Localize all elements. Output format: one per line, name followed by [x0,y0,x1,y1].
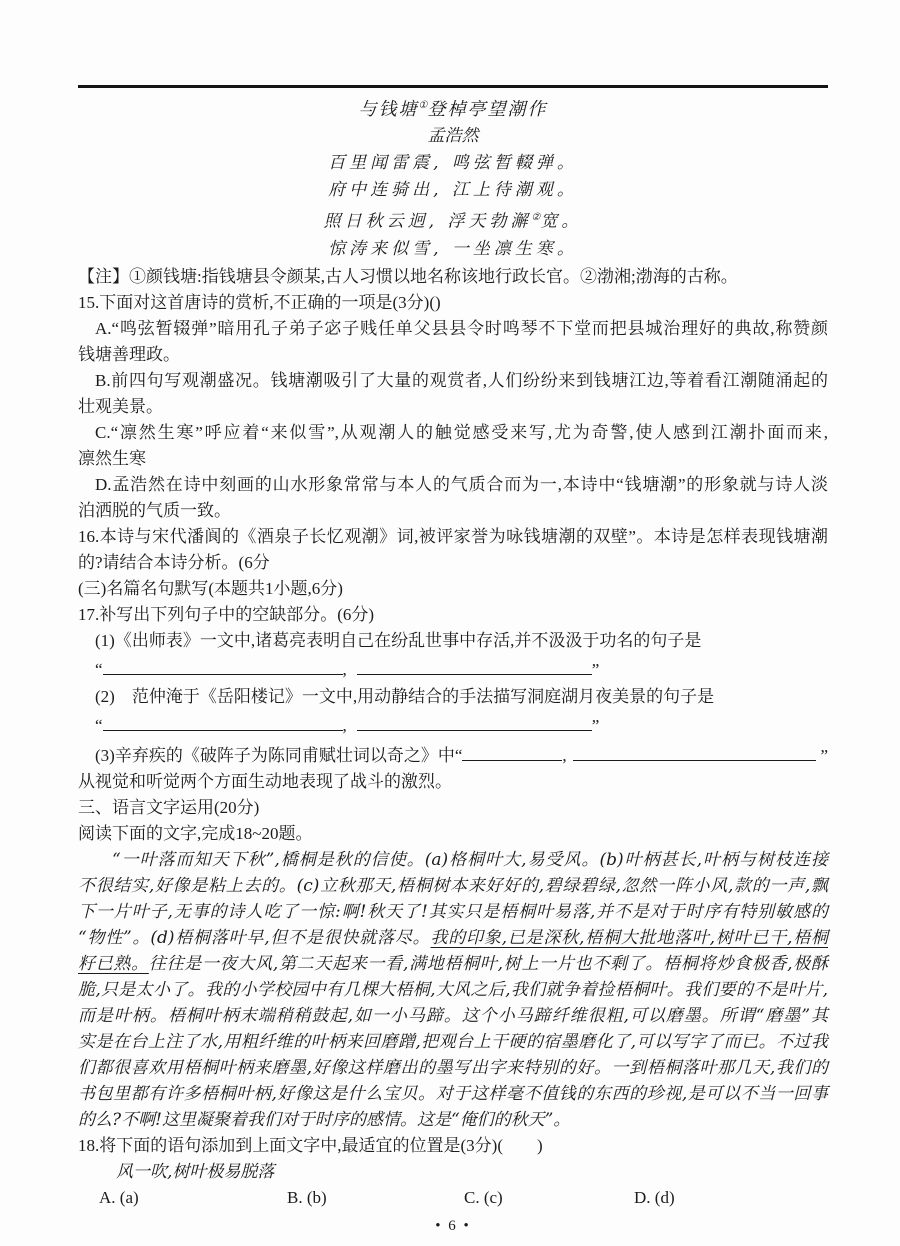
passage-text: 脆,只是太小了。我的小学校园中有几棵大梧桐,大风之后,我们就争着捡梧桐叶。我们要… [78,980,828,1000]
poem-title: 与钱塘①登棹亭望潮作 [78,92,828,123]
q18-option-a: A. (a) [99,1185,139,1211]
q16-stem-line1: 16.本诗与宋代潘阆的《酒泉子长忆观潮》词,被评家誉为咏钱塘潮的双壁”。本诗是怎… [78,524,828,550]
poem-author: 孟浩然 [78,123,828,150]
q18-options-row: A. (a) B. (b) C. (c) D. (d) [78,1185,828,1211]
passage-text: 不很结实,好像是粘上去的。(c)立秋那天,梧桐树本来好好的,碧绿碧绿,忽然一阵小… [78,876,828,896]
poem-block: 与钱塘①登棹亭望潮作 孟浩然 百里闻雷震, 鸣弦暂輟弹。 府中连骑出, 江上待潮… [78,92,828,263]
q17-item2-blanks: “,” [78,710,828,740]
answer-blank-2a [103,710,343,731]
poem-line-4: 惊涛来似雪, 一坐凛生寒。 [78,236,828,263]
passage-line-4: “物性”。(d)梧桐落叶早,但不是很快就落尽。我的印象,已是深秋,梧桐大批地落叶… [78,925,828,951]
passage-line-6: 脆,只是太小了。我的小学校园中有几棵大梧桐,大风之后,我们就争着捡梧桐叶。我们要… [78,977,828,1003]
header-rule [78,85,828,88]
q15-stem: 15.下面对这首唐诗的赏析,不正确的一项是(3分)() [78,290,828,316]
top-margin [78,0,828,85]
answer-blank-1a [103,654,343,675]
reading-passage: “一叶落而知天下秋”,橋桐是秋的信使。(a)格桐叶大,易受风。(b)叶柄甚长,叶… [78,847,828,1133]
poem-line-2: 府中连骑出, 江上待潮观。 [78,177,828,204]
answer-blank-3b [573,740,817,761]
blank-comma: , [343,660,347,679]
q17-item3-text: (3)辛弃疾的《破阵子为陈同甫赋壮词以奇之》中“ [95,743,462,769]
blank-comma: , [562,743,566,769]
q15-option-c-line2: 凛然生寒 [78,446,828,472]
answer-blank-3a [462,740,562,761]
q18-option-c: C. (c) [464,1185,503,1211]
q17-stem: 17.补写出下列句子中的空缺部分。(6分) [78,602,828,628]
passage-line-9: 们都很喜欢用梧桐叶柄来磨墨,好像这样磨出的墨写出字来特别的好。一到梧桐落叶那几天… [78,1055,828,1081]
q17-item3: (3)辛弃疾的《破阵子为陈同甫赋壮词以奇之》中“,” [78,740,828,769]
passage-line-8: 实是在台上注了水,用粗纤维的叶柄来回磨蹭,把观台上干硬的宿墨磨化了,可以写字了而… [78,1029,828,1055]
passage-line-2: 不很结实,好像是粘上去的。(c)立秋那天,梧桐树本来好好的,碧绿碧绿,忽然一阵小… [78,873,828,899]
poem-title-text-2: 登棹亭望潮作 [427,99,547,120]
q15-option-a-line2: 钱塘善理政。 [78,342,828,368]
q15-option-d-line2: 泊洒脱的气质一致。 [78,498,828,524]
q18-option-d: D. (d) [634,1185,675,1211]
q15-option-b-line1: B.前四句写观潮盛况。钱塘潮吸引了大量的观赏者,人们纷纷来到钱塘江边,等着看江潮… [78,368,828,394]
passage-text: 而是叶柄。梧桐叶柄末端稍稍鼓起,如一小马蹄。这个小马蹄纤维很粗,可以磨墨。所谓“… [78,1006,828,1026]
passage-line-3: 下一片叶子,无事的诗人吃了一惊:啊!秋天了!其实只是梧桐叶易落,并不是对于时序有… [78,899,828,925]
exam-page: 与钱塘①登棹亭望潮作 孟浩然 百里闻雷震, 鸣弦暂輟弹。 府中连骑出, 江上待潮… [0,0,900,1246]
passage-text: “一叶落而知天下秋”,橋桐是秋的信使。(a)格桐叶大,易受风。(b)叶柄甚长,叶… [112,850,828,870]
q17-item1-blanks: “,” [78,654,828,684]
q18-stem: 18.将下面的语句添加到上面文字中,最适宜的位置是(3分)( ) [78,1133,828,1159]
q18-insert-sentence: 风一吹,树叶极易脱落 [78,1159,828,1185]
passage-text: 书包里都有许多梧桐叶柄,好像这是什么宝贝。对于这样毫不值钱的东西的珍视,是可以不… [78,1084,828,1104]
q15-option-d-line1: D.孟浩然在诗中刻画的山水形象常常与本人的气质合而为一,本诗中“钱塘潮”的形象就… [78,472,828,498]
section3-heading: (三)名篇名句默写(本题共1小题,6分) [78,576,828,602]
close-quote: ” [820,743,828,769]
q17-item1: (1)《出师表》一文中,诸葛亮表明自己在纷乱世事中存活,并不汲汲于功名的句子是 [78,628,828,654]
open-quote: “ [95,660,103,679]
passage-underlined-text: 籽已熟。 [78,954,149,974]
passage-text: 往往是一夜大风,第二天起来一看,满地梧桐叶,树上一片也不剩了。梧桐将炒食极香,极… [149,954,828,974]
passage-text: 实是在台上注了水,用粗纤维的叶柄来回磨蹭,把观台上干硬的宿墨磨化了,可以写字了而… [78,1032,828,1052]
q15-option-c-line1: C.“凛然生寒”呼应着“来似雪”,从观潮人的触觉感受来写,尤为奇警,使人感到江潮… [78,420,828,446]
passage-text: “物性”。(d)梧桐落叶早,但不是很快就落尽。 [78,928,430,948]
page-number: • 6 • [78,1213,828,1239]
passage-text: 们都很喜欢用梧桐叶柄来磨墨,好像这样磨出的墨写出字来特别的好。一到梧桐落叶那几天… [78,1058,828,1078]
poem-note: 【注】①颜钱塘:指钱塘县令颜某,古人习惯以地名称该地行政长官。②渤湘;渤海的古称… [78,264,828,290]
passage-line-1: “一叶落而知天下秋”,橋桐是秋的信使。(a)格桐叶大,易受风。(b)叶柄甚长,叶… [78,847,828,873]
close-quote: ” [592,660,600,679]
section-lang-heading: 三、语言文字运用(20分) [78,795,828,821]
poem-line-3-text: 照日秋云迥, 浮天勃澥 [324,212,532,232]
q16-stem-line2: 的?请结合本诗分析。(6分 [78,550,828,576]
poem-line-3: 照日秋云迥, 浮天勃澥②宽。 [78,204,828,236]
poem-line-1: 百里闻雷震, 鸣弦暂輟弹。 [78,150,828,177]
passage-text: 的么?不啊!这里凝聚着我们对于时序的感情。这是“俺们的秋天”。 [78,1110,570,1130]
passage-underlined-text: 我的印象,已是深秋,梧桐大批地落叶,树叶已干,梧桐 [430,928,828,948]
q17-item2: (2) 范仲淹于《岳阳楼记》一文中,用动静结合的手法描写洞庭湖月夜美景的句子是 [78,684,828,710]
open-quote: “ [95,716,103,735]
passage-line-11: 的么?不啊!这里凝聚着我们对于时序的感情。这是“俺们的秋天”。 [78,1107,828,1133]
blank-comma: , [343,716,347,735]
poem-title-text: 与钱塘 [359,99,419,120]
poem-line-3-text-2: 宽。 [540,212,582,232]
passage-line-7: 而是叶柄。梧桐叶柄末端稍稍鼓起,如一小马蹄。这个小马蹄纤维很粗,可以磨墨。所谓“… [78,1003,828,1029]
q17-item3-continuation: 从视觉和听觉两个方面生动地表现了战斗的激烈。 [78,769,828,795]
passage-line-5: 籽已熟。往往是一夜大风,第二天起来一看,满地梧桐叶,树上一片也不剩了。梧桐将炒食… [78,951,828,977]
answer-blank-2b [357,710,592,731]
q15-option-b-line2: 壮观美景。 [78,394,828,420]
passage-line-10: 书包里都有许多梧桐叶柄,好像这是什么宝贝。对于这样毫不值钱的东西的珍视,是可以不… [78,1081,828,1107]
passage-text: 下一片叶子,无事的诗人吃了一惊:啊!秋天了!其实只是梧桐叶易落,并不是对于时序有… [78,902,828,922]
reading-instruction: 阅读下面的文字,完成18~20题。 [78,821,828,847]
q15-option-a-line1: A.“鸣弦暂辍弹”暗用孔子弟子宓子贱任单父县县令时鸣琴不下堂而把县城治理好的典故… [78,316,828,342]
close-quote: ” [592,716,600,735]
answer-blank-1b [357,654,592,675]
q18-option-b: B. (b) [287,1185,327,1211]
question-body: 【注】①颜钱塘:指钱塘县令颜某,古人习惯以地名称该地行政长官。②渤湘;渤海的古称… [78,264,828,1239]
